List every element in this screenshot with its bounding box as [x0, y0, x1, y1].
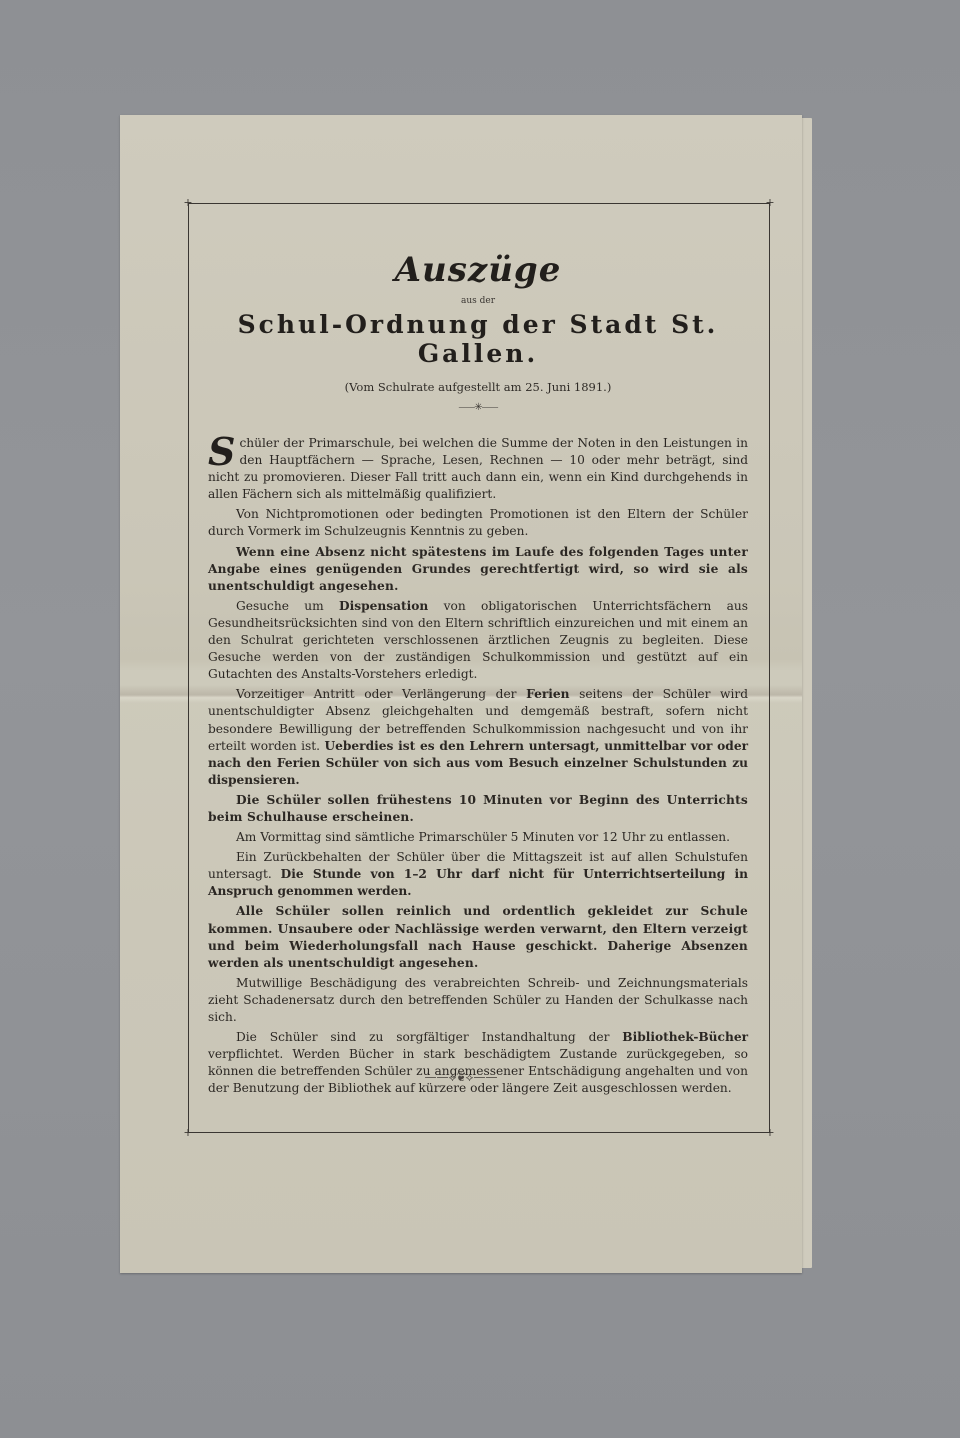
paragraph: Vorzeitiger Antritt oder Verlängerung de… — [208, 686, 748, 789]
document-page: + + + + Auszüge aus der Schul-Ordnung de… — [120, 115, 802, 1273]
main-title: Schul-Ordnung der Stadt St. Gallen. — [208, 310, 748, 368]
paragraph: Die Schüler sind zu sorgfältiger Instand… — [208, 1029, 748, 1097]
paragraph-emphasized: Alle Schüler sollen reinlich und ordentl… — [208, 903, 748, 971]
subtitle-connector: aus der — [208, 296, 748, 306]
document-content: Auszüge aus der Schul-Ordnung der Stadt … — [208, 240, 748, 1100]
paragraph-emphasized: Die Schüler sollen frühestens 10 Minuten… — [208, 792, 748, 826]
paragraph-emphasized: Wenn eine Absenz nicht spätestens im Lau… — [208, 544, 748, 595]
paragraph: Ein Zurückbehalten der Schüler über die … — [208, 849, 748, 900]
corner-ornament-icon: + — [763, 1126, 777, 1140]
paragraph: Schüler der Primarschule, bei welchen di… — [208, 435, 748, 503]
bottom-ornament-icon: ——⟡❦⟡—— — [120, 1070, 802, 1085]
corner-ornament-icon: + — [181, 196, 195, 210]
corner-ornament-icon: + — [181, 1126, 195, 1140]
divider-ornament-icon: ⸺✳⸺ — [208, 398, 748, 413]
paragraph: Am Vormittag sind sämtliche Primarschüle… — [208, 829, 748, 846]
paragraph: Mutwillige Beschädigung des verabreichte… — [208, 975, 748, 1026]
document-title: Auszüge — [208, 250, 748, 290]
paragraph: Von Nichtpromotionen oder bedingten Prom… — [208, 506, 748, 540]
regulations-body: Schüler der Primarschule, bei welchen di… — [208, 435, 748, 1097]
drop-cap: S — [208, 435, 235, 469]
date-line: (Vom Schulrate aufgestellt am 25. Juni 1… — [208, 380, 748, 394]
paragraph: Gesuche um Dispensation von obligatorisc… — [208, 598, 748, 683]
corner-ornament-icon: + — [763, 196, 777, 210]
